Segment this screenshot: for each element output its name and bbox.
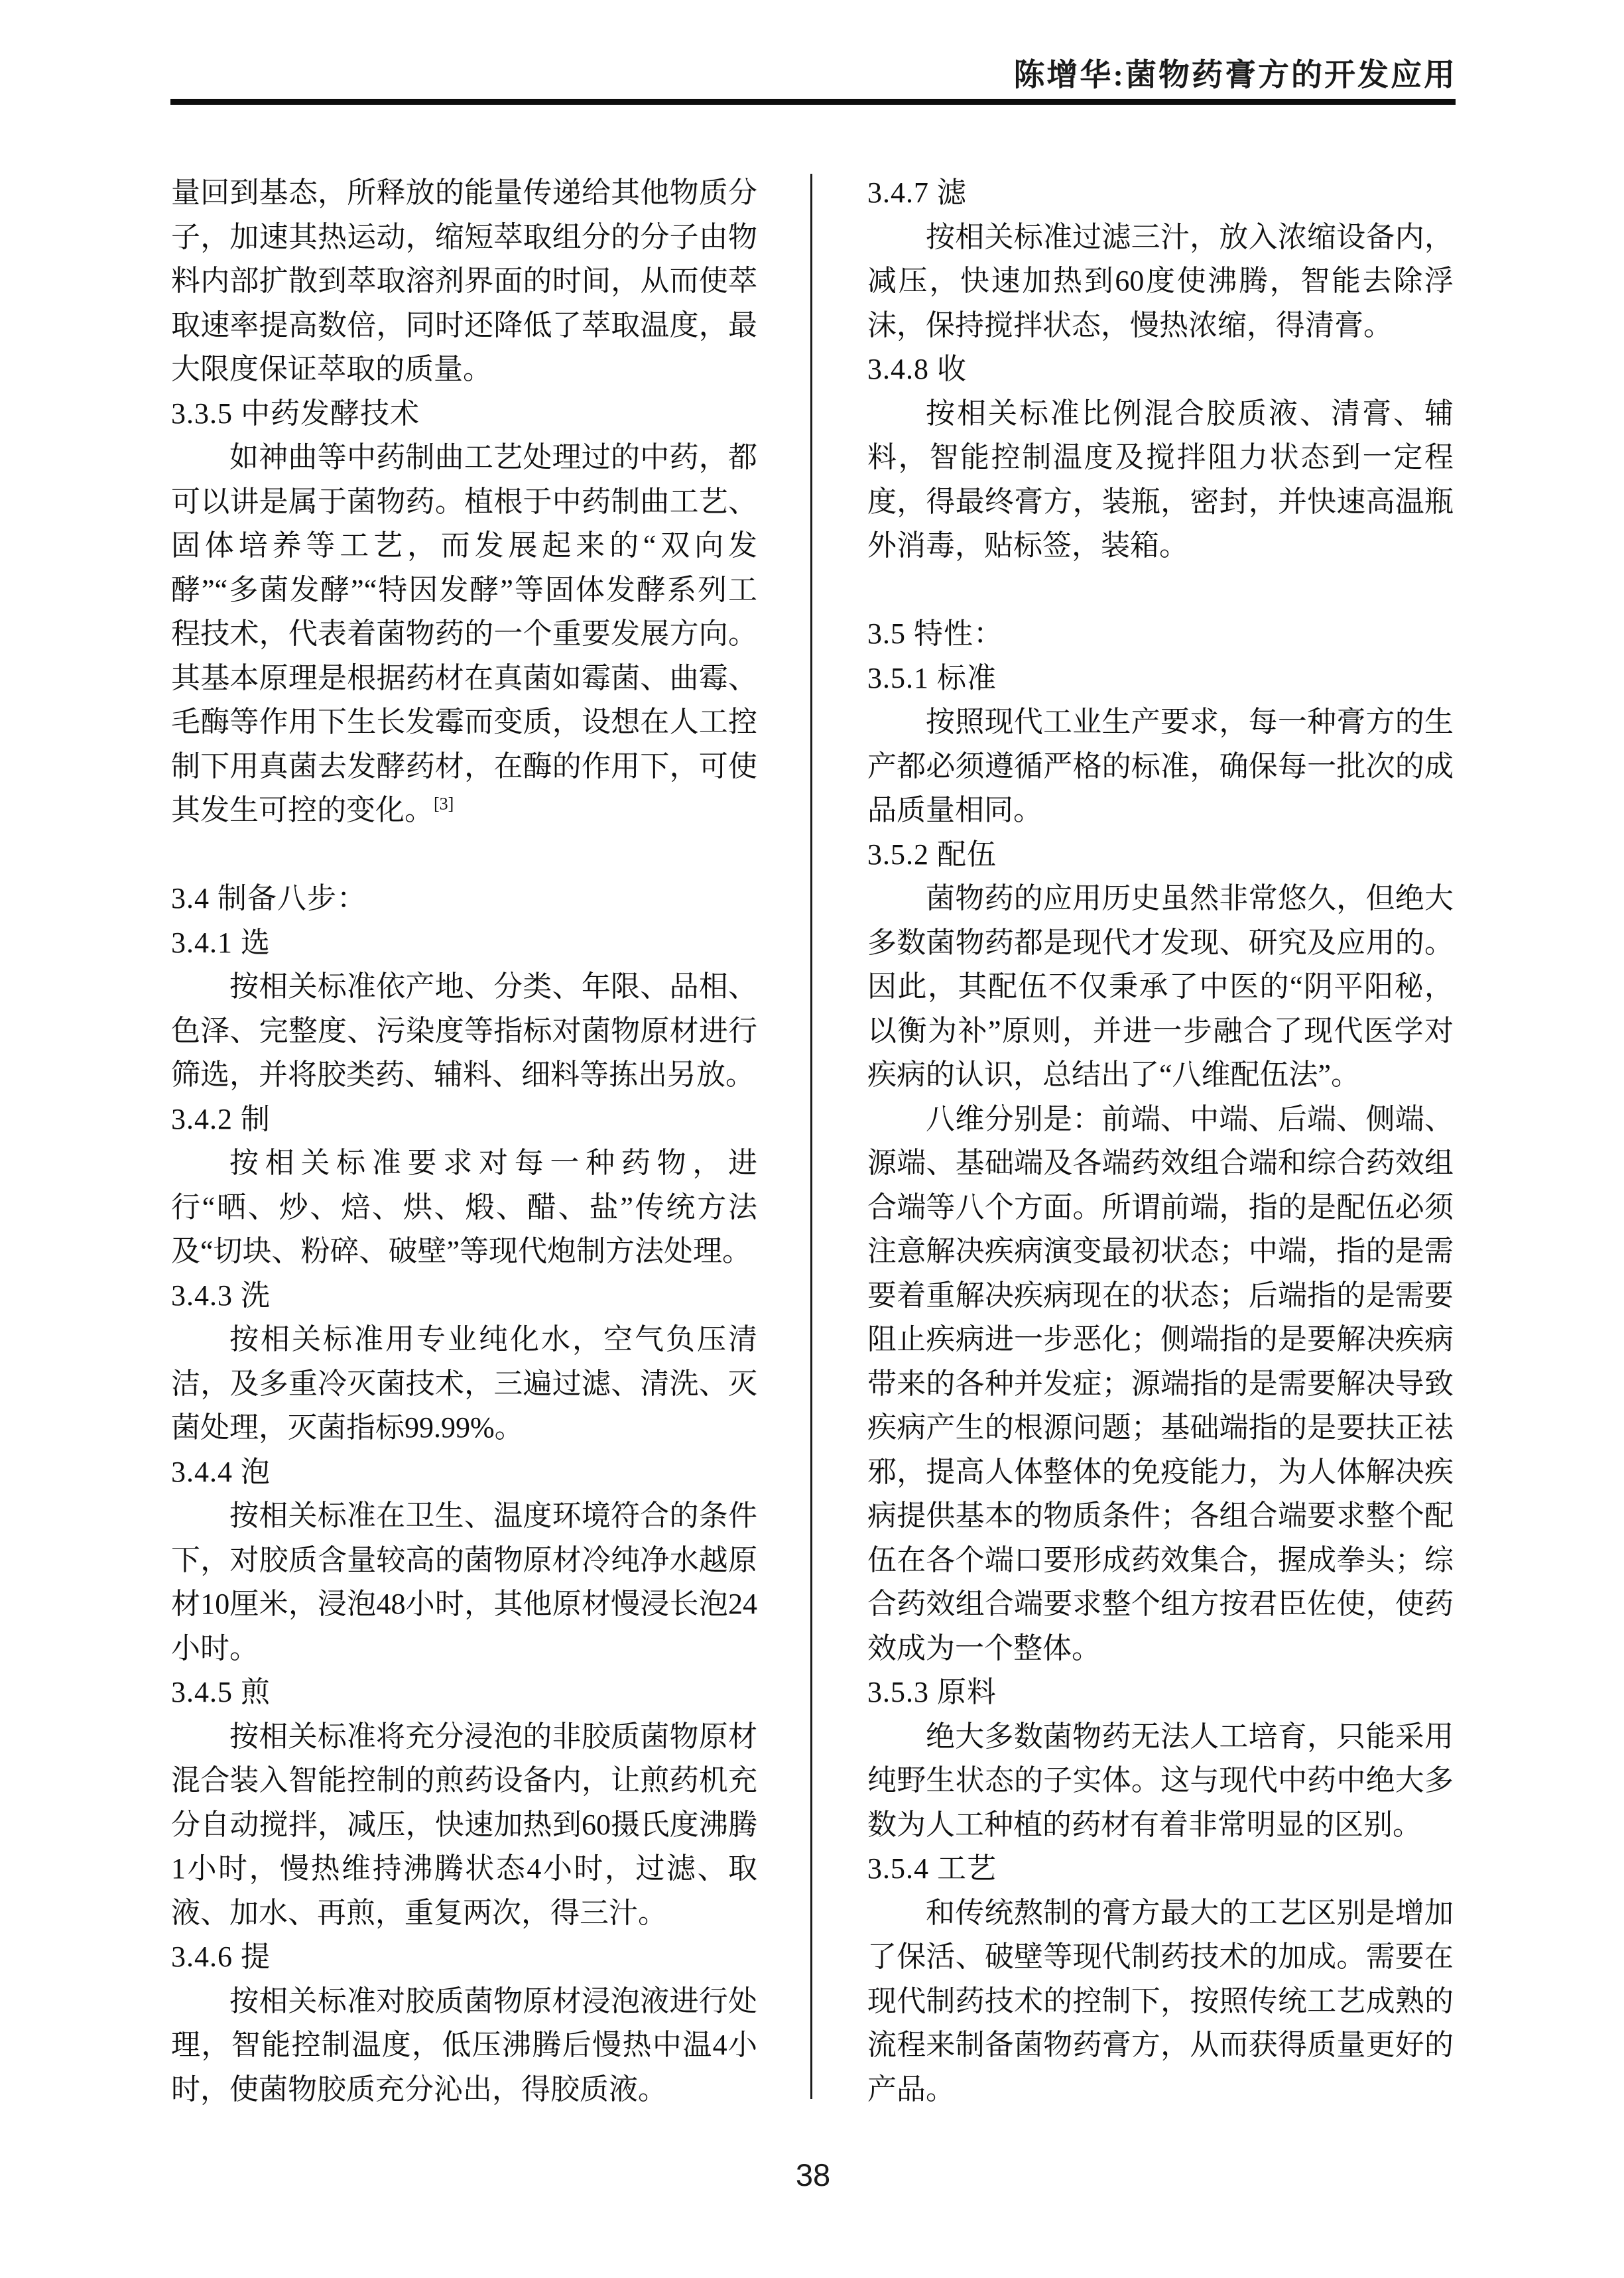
section-heading: 3.4 制备八步： [171,877,757,921]
section-heading: 3.4.1 选 [171,921,757,966]
body-paragraph: 按相关标准用专业纯化水，空气负压清洁，及多重冷灭菌技术，三遍过滤、清洗、灭菌处理… [171,1318,757,1450]
citation-ref: [3] [434,794,454,813]
section-heading: 3.4.6 提 [171,1935,757,1980]
body-paragraph: 菌物药的应用历史虽然非常悠久，但绝大多数菌物药都是现代才发现、研究及应用的。因此… [867,877,1454,1098]
body-paragraph: 按相关标准依产地、分类、年限、品相、色泽、完整度、污染度等指标对菌物原材进行筛选… [171,965,757,1098]
section-heading: 3.5.2 配伍 [867,833,1454,877]
body-paragraph: 按相关标准过滤三汁，放入浓缩设备内，减压，快速加热到60度使沸腾，智能去除浮沫，… [867,216,1454,348]
body-paragraph: 按相关标准比例混合胶质液、清膏、辅料，智能控制温度及搅拌阻力状态到一定程度，得最… [867,392,1454,568]
body-paragraph: 绝大多数菌物药无法人工培育，只能采用纯野生状态的子实体。这与现代中药中绝大多数为… [867,1715,1454,1848]
section-heading: 3.4.4 泡 [171,1450,757,1495]
section-heading: 3.5.4 工艺 [867,1847,1454,1891]
body-paragraph: 量回到基态，所释放的能量传递给其他物质分子，加速其热运动，缩短萃取组分的分子由物… [171,171,757,392]
section-heading: 3.3.5 中药发酵技术 [171,392,757,436]
page-number: 38 [170,2157,1456,2193]
body-paragraph: 按相关标准要求对每一种药物，进行“晒、炒、焙、烘、煅、醋、盐”传统方法及“切块、… [171,1141,757,1274]
column-divider [810,174,812,2099]
section-heading: 3.4.2 制 [171,1098,757,1142]
section-heading: 3.4.8 收 [867,348,1454,392]
left-column: 量回到基态，所释放的能量传递给其他物质分子，加速其热运动，缩短萃取组分的分子由物… [171,171,757,2112]
header-rule [170,99,1456,105]
body-paragraph: 八维分别是：前端、中端、后端、侧端、源端、基础端及各端药效组合端和综合药效组合端… [867,1098,1454,1671]
body-paragraph: 按相关标准将充分浸泡的非胶质菌物原材混合装入智能控制的煎药设备内，让煎药机充分自… [171,1715,757,1936]
section-heading: 3.5 特性： [867,612,1454,657]
section-heading: 3.4.3 洗 [171,1274,757,1318]
document-page: 陈增华:菌物药膏方的开发应用 量回到基态，所释放的能量传递给其他物质分子，加速其… [0,0,1624,2278]
running-head: 陈增华:菌物药膏方的开发应用 [1013,50,1457,95]
right-column: 3.4.7 滤按相关标准过滤三汁，放入浓缩设备内，减压，快速加热到60度使沸腾，… [867,171,1454,2112]
body-paragraph: 按相关标准对胶质菌物原材浸泡液进行处理，智能控制温度，低压沸腾后慢热中温4小时，… [171,1980,757,2112]
body-paragraph: 和传统熬制的膏方最大的工艺区别是增加了保活、破壁等现代制药技术的加成。需要在现代… [867,1891,1454,2112]
section-heading: 3.4.5 煎 [171,1671,757,1715]
body-paragraph: 如神曲等中药制曲工艺处理过的中药，都可以讲是属于菌物药。植根于中药制曲工艺、固体… [171,436,757,833]
section-heading: 3.5.1 标准 [867,657,1454,701]
body-paragraph: 按照现代工业生产要求，每一种膏方的生产都必须遵循严格的标准，确保每一批次的成品质… [867,700,1454,833]
body-paragraph: 按相关标准在卫生、温度环境符合的条件下，对胶质含量较高的菌物原材冷纯净水越原材1… [171,1494,757,1671]
section-heading: 3.5.3 原料 [867,1671,1454,1715]
section-heading: 3.4.7 滤 [867,171,1454,216]
